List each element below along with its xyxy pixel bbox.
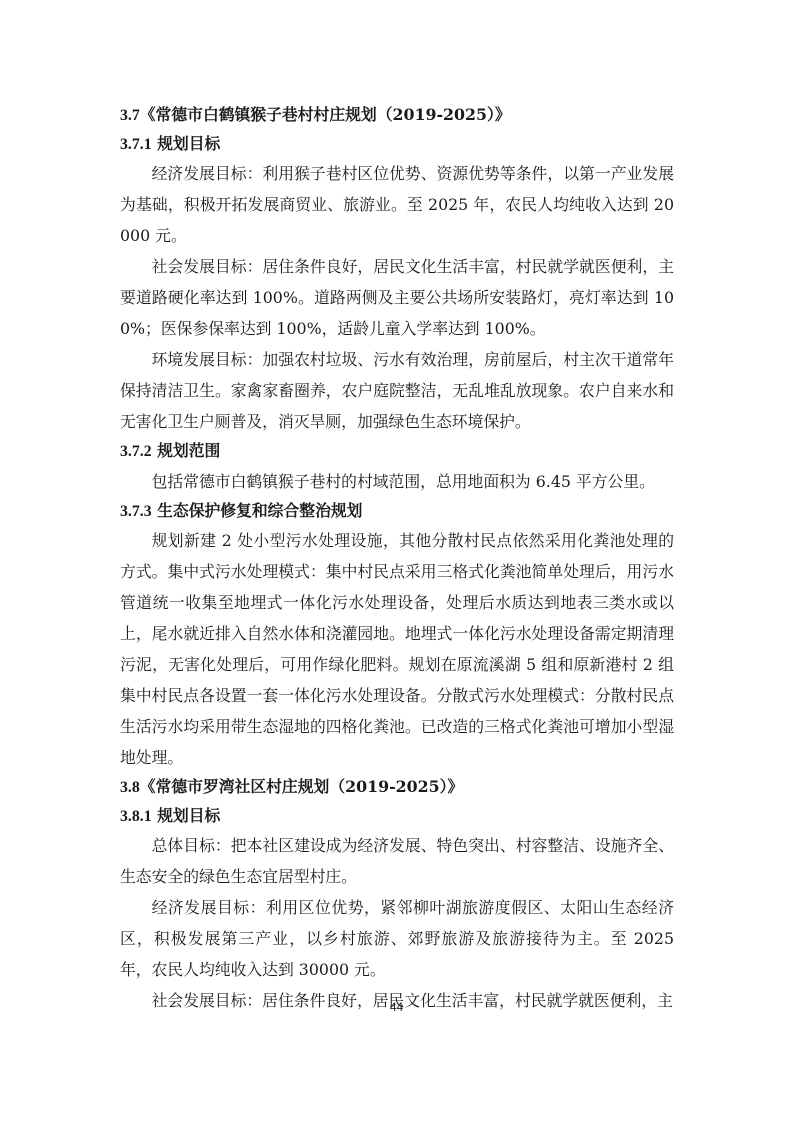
subsection-title: 生态保护修复和综合整治规划 [157,501,362,520]
subsection-title: 规划目标 [157,134,220,153]
paragraph: 环境发展目标：加强农村垃圾、污水有效治理，房前屋后，村主次干道常年保持清洁卫生。… [120,344,674,437]
paragraph: 包括常德市白鹤镇猴子巷村的村域范围，总用地面积为 6.45 平方公里。 [120,466,674,497]
subsection-number: 3.7.1 [120,136,152,153]
section-title: 《常德市白鹤镇猴子巷村村庄规划（2019-2025）》 [140,105,511,124]
section-heading: 3.7《常德市白鹤镇猴子巷村村庄规划（2019-2025）》 [120,101,674,130]
subsection-heading: 3.8.1 规划目标 [120,802,674,831]
section-heading: 3.8《常德市罗湾社区村庄规划（2019-2025）》 [120,773,674,802]
document-page: 3.7《常德市白鹤镇猴子巷村村庄规划（2019-2025）》 3.7.1 规划目… [120,101,674,1016]
subsection-title: 规划目标 [157,806,220,825]
subsection-number: 3.7.3 [120,503,152,520]
paragraph: 社会发展目标：居住条件良好，居民文化生活丰富，村民就学就医便利，主要道路硬化率达… [120,251,674,344]
paragraph: 经济发展目标：利用区位优势，紧邻柳叶湖旅游度假区、太阳山生态经济区，积极发展第三… [120,892,674,985]
subsection-heading: 3.7.3 生态保护修复和综合整治规划 [120,497,674,526]
paragraph: 总体目标：把本社区建设成为经济发展、特色突出、村容整洁、设施齐全、生态安全的绿色… [120,830,674,892]
paragraph: 经济发展目标：利用猴子巷村区位优势、资源优势等条件，以第一产业发展为基础，积极开… [120,158,674,251]
paragraph: 规划新建 2 处小型污水处理设施，其他分散村民点依然采用化粪池处理的方式。集中式… [120,525,674,773]
page-number: 44 [0,1000,793,1014]
section-number: 3.8 [120,779,140,796]
subsection-heading: 3.7.2 规划范围 [120,437,674,466]
subsection-number: 3.7.2 [120,443,152,460]
section-title: 《常德市罗湾社区村庄规划（2019-2025）》 [140,777,464,796]
subsection-title: 规划范围 [157,441,220,460]
subsection-number: 3.8.1 [120,808,152,825]
section-number: 3.7 [120,107,140,124]
subsection-heading: 3.7.1 规划目标 [120,130,674,159]
